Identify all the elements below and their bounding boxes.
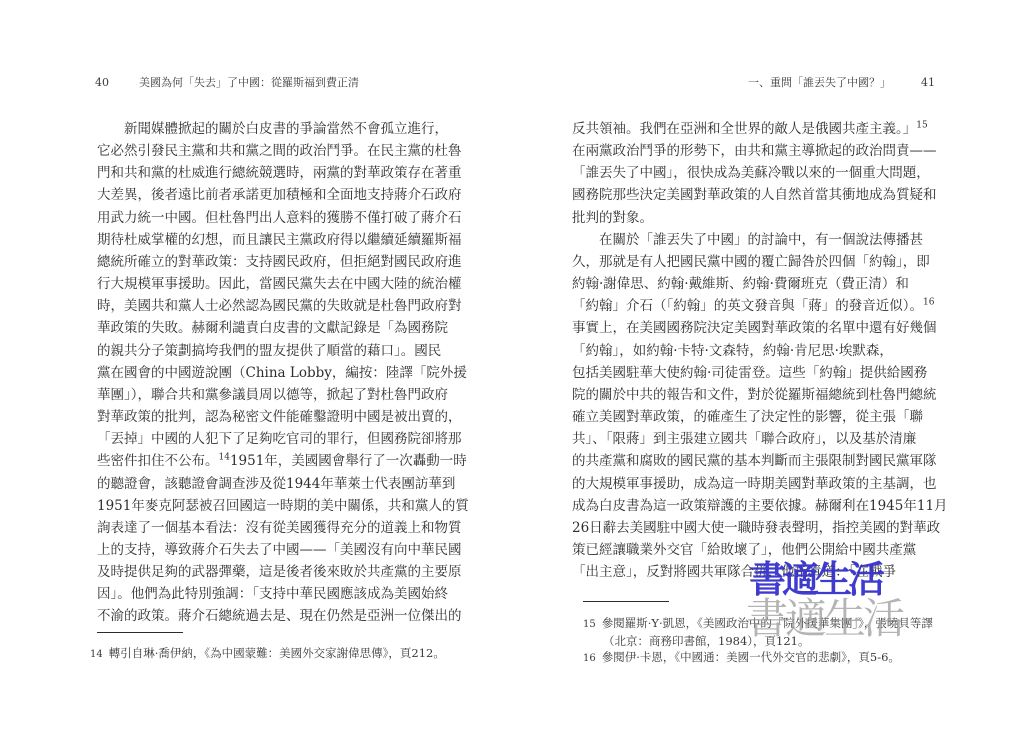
body-text-line: 上的支持，導致蔣介石失去了中國——「美國沒有向中華民國 — [97, 539, 469, 561]
body-text-line: 「丟掉」中國的人犯下了足夠吃官司的罪行，但國務院卻將那 — [97, 428, 469, 450]
footnote-16-text: 參閱伊·卡恩，《中國通：美國一代外交官的悲劇》，頁5-6。 — [602, 650, 900, 664]
footnote-ref-15: 15 — [916, 121, 927, 131]
body-text-line: 新聞媒體掀起的關於白皮書的爭論當然不會孤立進行， — [97, 118, 469, 140]
body-text-line: 對華政策的批判，認為秘密文件能確鑿證明中國是被出賣的， — [97, 406, 469, 428]
footnote-16: 16參閱伊·卡恩，《中國通：美國一代外交官的悲劇》，頁5-6。 — [583, 649, 953, 667]
right-footnotes: 15參閱羅斯·Y·凱恩，《美國政治中的「院外援華集團」》，張曉貝等譯 （北京：商… — [583, 615, 953, 667]
right-running-header: 一、重問「誰丟失了中國？」41 — [748, 76, 935, 90]
footnote-15-text-line1: 參閱羅斯·Y·凱恩，《美國政治中的「院外援華集團」》，張曉貝等譯 — [602, 616, 933, 630]
body-text-line-with-footnote-ref: 些密件扣住不公布。141951年，美國國會舉行了一次轟動一時 — [97, 450, 469, 472]
body-text-line: 在關於「誰丟失了中國」的討論中，有一個說法傳播甚 — [572, 229, 944, 251]
body-text-line: 約翰·謝偉思、約翰·戴維斯、約翰·費爾班克（費正清）和 — [572, 273, 944, 295]
body-text-line: 及時提供足夠的武器彈藥，這是後者後來敗於共產黨的主要原 — [97, 561, 469, 583]
right-page-body: 反共領袖。我們在亞洲和全世界的敵人是俄國共產主義。」15 在兩黨政治鬥爭的形勢下… — [572, 118, 944, 583]
line-text: 1951年，美國國會舉行了一次轟動一時 — [230, 453, 467, 469]
body-text-line: 批判的對象。 — [572, 207, 944, 229]
right-footnote-separator — [583, 601, 669, 602]
footnote-15-text-line2: （北京：商務印書館，1984），頁121。 — [583, 633, 953, 649]
body-text-line: 它必然引發民主黨和共和黨之間的政治鬥爭。在民主黨的杜魯 — [97, 140, 469, 162]
body-text-line: 久，那就是有人把國民黨中國的覆亡歸咎於四個「約翰」，即 — [572, 251, 944, 273]
body-text-line: 事實上，在美國國務院決定美國對華政策的名單中還有好幾個 — [572, 317, 944, 339]
body-text-line: 「誰丟失了中國」，很快成為美蘇冷戰以來的一個重大問題， — [572, 162, 944, 184]
body-text-line: 的聽證會，該聽證會調查涉及從1944年華萊士代表團訪華到 — [97, 473, 469, 495]
body-text-line: 包括美國駐華大使約翰·司徒雷登。這些「約翰」提供給國務 — [572, 362, 944, 384]
left-running-header: 40美國為何「失去」了中國：從羅斯福到費正清 — [95, 76, 359, 90]
body-text-line: 因」。他們為此特別強調：「支持中華民國應該成為美國始終 — [97, 583, 469, 605]
left-header-title: 美國為何「失去」了中國：從羅斯福到費正清 — [139, 76, 359, 89]
body-text-line: 用武力統一中國。但杜魯門出人意料的獲勝不僅打破了蔣介石 — [97, 207, 469, 229]
body-text-line: 不渝的政策。蔣介石總統過去是、現在仍然是亞洲一位傑出的 — [97, 605, 469, 627]
line-text: 「約翰」介石（「約翰」的英文發音與「蔣」的發音近似）。 — [572, 298, 923, 314]
line-text: 反共領袖。我們在亞洲和全世界的敵人是俄國共產主義。」 — [572, 121, 916, 137]
body-text-line: 院的關於中共的報告和文件，對於從羅斯福總統到杜魯門總統 — [572, 384, 944, 406]
body-text-line: 大差異，後者遠比前者承諾更加積極和全面地支持蔣介石政府 — [97, 184, 469, 206]
body-text-line: 的親共分子策劃搞垮我們的盟友提供了順當的藉口」。國民 — [97, 340, 469, 362]
body-text-line: 詢表達了一個基本看法：沒有從美國獲得充分的道義上和物質 — [97, 517, 469, 539]
body-text-line: 時，美國共和黨人士必然認為國民黨的失敗就是杜魯門政府對 — [97, 295, 469, 317]
body-text-line: 行大規模軍事援助。因此，當國民黨失去在中國大陸的統治權 — [97, 273, 469, 295]
left-footnote-separator — [97, 632, 183, 633]
body-text-line: 在兩黨政治鬥爭的形勢下，由共和黨主導掀起的政治問責—— — [572, 140, 944, 162]
left-page-body: 新聞媒體掀起的關於白皮書的爭論當然不會孤立進行， 它必然引發民主黨和共和黨之間的… — [97, 118, 469, 628]
body-text-line: 國務院那些決定美國對華政策的人自然首當其衝地成為質疑和 — [572, 184, 944, 206]
body-text-line: 華政策的失敗。赫爾利譴責白皮書的文獻記錄是「為國務院 — [97, 317, 469, 339]
body-text-line-with-footnote-ref: 「約翰」介石（「約翰」的英文發音與「蔣」的發音近似）。16 — [572, 295, 944, 317]
body-text-line: 「出主意」，反對將國共軍隊合併，他指責道：「在戰爭 — [572, 561, 944, 583]
body-text-line: 門和共和黨的杜威進行總統競選時，兩黨的對華政策存在著重 — [97, 162, 469, 184]
body-text-line: 總統所確立的對華政策：支持國民政府，但拒絕對國民政府進 — [97, 251, 469, 273]
body-text-line: 期待杜威掌權的幻想，而且讓民主黨政府得以繼續延續羅斯福 — [97, 229, 469, 251]
line-text: 些密件扣住不公布。 — [97, 453, 219, 469]
body-text-line-with-footnote-ref: 反共領袖。我們在亞洲和全世界的敵人是俄國共產主義。」15 — [572, 118, 944, 140]
footnote-ref-14: 14 — [219, 453, 230, 463]
footnote-14: 14轉引自琳·喬伊納，《為中國蒙難：美國外交家謝偉思傳》，頁212。 — [90, 645, 480, 663]
footnote-15-number: 15 — [583, 617, 596, 633]
footnote-15: 15參閱羅斯·Y·凱恩，《美國政治中的「院外援華集團」》，張曉貝等譯 — [583, 615, 953, 633]
body-text-line: 的大規模軍事援助，成為這一時期美國對華政策的主基調，也 — [572, 473, 944, 495]
body-text-line: 華團」），聯合共和黨參議員周以德等，掀起了對杜魯門政府 — [97, 384, 469, 406]
right-header-title: 一、重問「誰丟失了中國？」 — [748, 76, 891, 89]
footnote-14-text: 轉引自琳·喬伊納，《為中國蒙難：美國外交家謝偉思傳》，頁212。 — [109, 646, 445, 660]
left-footnotes: 14轉引自琳·喬伊納，《為中國蒙難：美國外交家謝偉思傳》，頁212。 — [90, 645, 480, 663]
body-text-line: 確立美國對華政策，的確產生了決定性的影響，從主張「聯 — [572, 406, 944, 428]
footnote-ref-16: 16 — [923, 298, 934, 308]
book-spread: 40美國為何「失去」了中國：從羅斯福到費正清 一、重問「誰丟失了中國？」41 新… — [0, 0, 1027, 736]
body-text-line: 1951年麥克阿瑟被召回國這一時期的美中關係，共和黨人的質 — [97, 495, 469, 517]
body-text-line: 黨在國會的中國遊說團（China Lobby，編按：陸譯「院外援 — [97, 362, 469, 384]
body-text-line: 的共產黨和腐敗的國民黨的基本判斷而主張限制對國民黨軍隊 — [572, 450, 944, 472]
body-text-line: 共」、「限蔣」到主張建立國共「聯合政府」，以及基於清廉 — [572, 428, 944, 450]
body-text-line: 成為白皮書為這一政策辯護的主要依據。赫爾利在1945年11月 — [572, 495, 944, 517]
body-text-line: 策已經讓職業外交官「給敗壞了」，他們公開給中國共產黨 — [572, 539, 944, 561]
footnote-14-number: 14 — [90, 647, 103, 663]
right-page-number: 41 — [921, 76, 935, 90]
left-page-number: 40 — [95, 76, 109, 90]
body-text-line: 26日辭去美國駐中國大使一職時發表聲明，指控美國的對華政 — [572, 517, 944, 539]
body-text-line: 「約翰」，如約翰·卡特·文森特，約翰·肯尼思·埃默森， — [572, 340, 944, 362]
footnote-16-number: 16 — [583, 651, 596, 667]
